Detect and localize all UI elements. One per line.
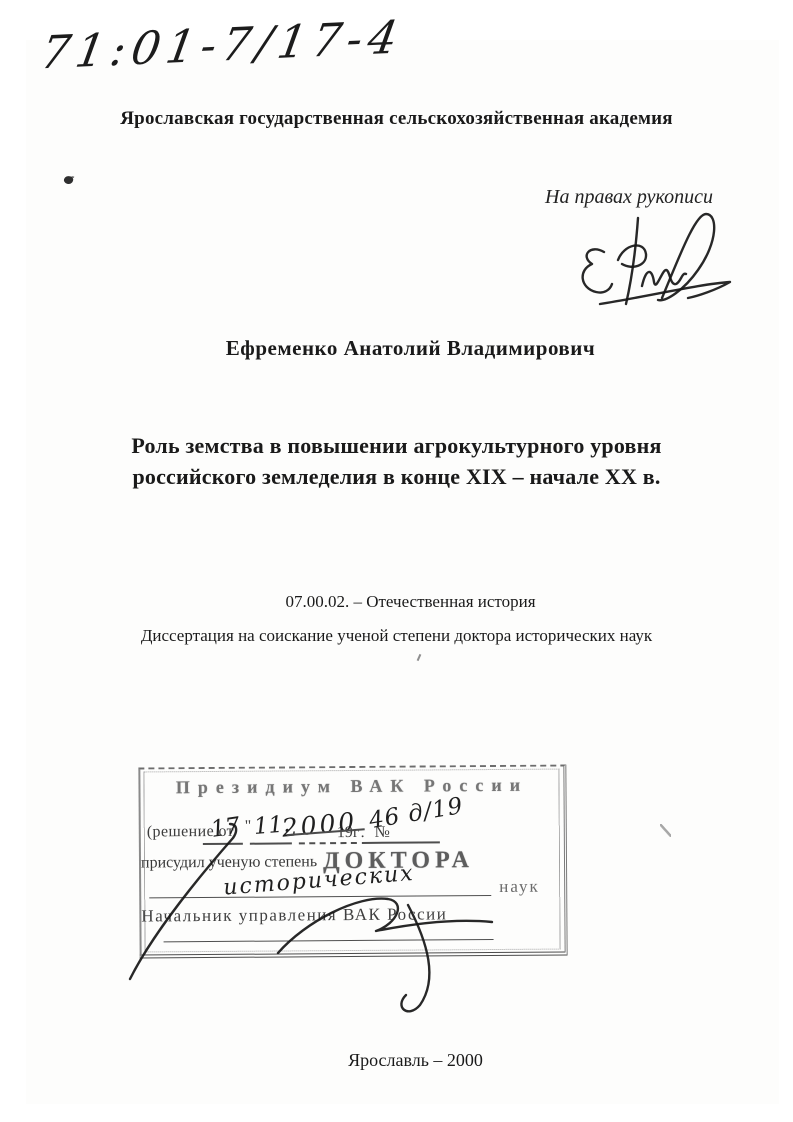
official-signature (278, 899, 492, 953)
official-signature-tail (401, 905, 429, 1011)
pen-strokes-and-official-signature (100, 755, 600, 1025)
ink-smudge (660, 824, 671, 837)
author-name: Ефременко Анатолий Владимирович (14, 336, 793, 361)
title-line-2: российского земледелия в конце XIX – нач… (0, 461, 793, 492)
title-line-1: Роль земства в повышении агрокультурного… (0, 430, 793, 461)
city-and-year: Ярославль – 2000 (19, 1050, 793, 1071)
specialty-code: 07.00.02. – Отечественная история (14, 592, 793, 612)
dissertation-title-page: 71:01-7/17-4 Ярославская государственная… (0, 0, 793, 1122)
diagonal-pen-stroke (130, 824, 236, 979)
dissertation-title: Роль земства в повышении агрокультурного… (0, 430, 793, 492)
academy-name: Ярославская государственная сельскохозяй… (0, 108, 793, 130)
author-signature (540, 198, 740, 310)
dissertation-degree-note: Диссертация на соискание ученой степени … (0, 626, 793, 646)
